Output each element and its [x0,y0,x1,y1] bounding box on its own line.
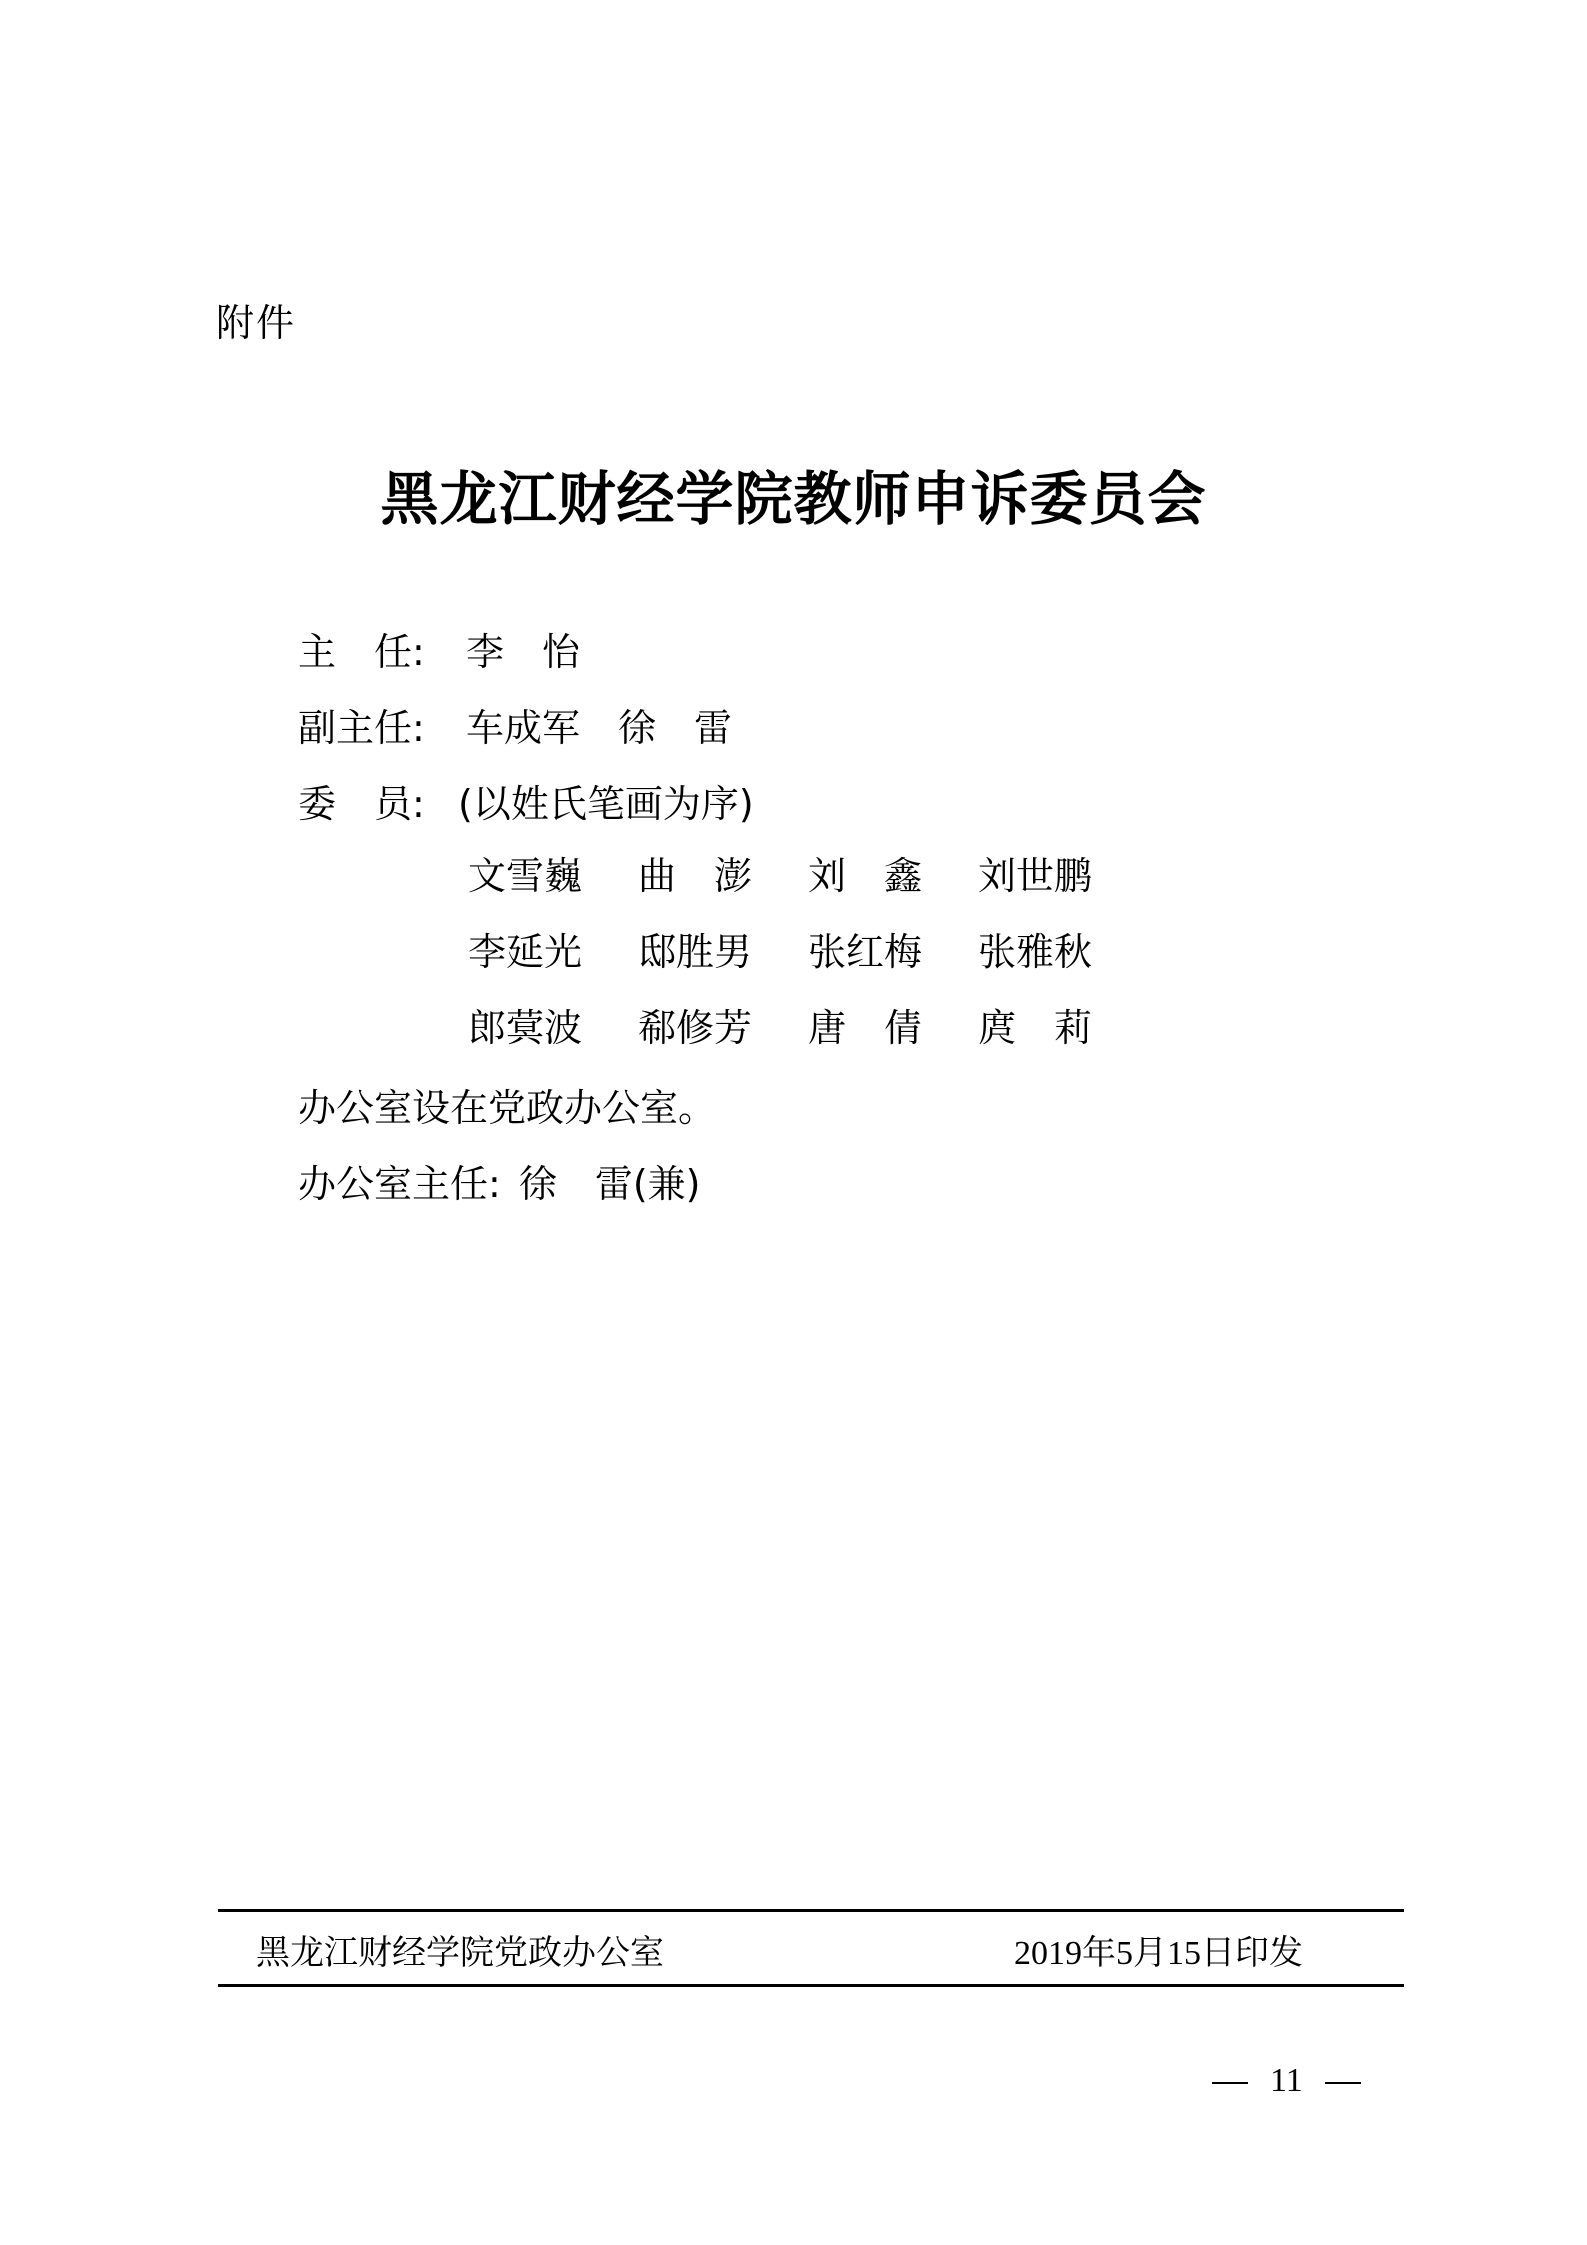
page-dash-left [1212,2082,1248,2084]
director-row: 主 任:李 怡 [298,628,580,676]
document-title: 黑龙江财经学院教师申诉委员会 [0,452,1587,536]
page-dash-right [1325,2082,1361,2084]
director-label: 主 任: [298,628,466,676]
member-name: 邸胜男 [638,928,808,1004]
page-number-value: 11 [1270,2062,1303,2099]
member-name: 唐 倩 [808,1004,978,1080]
member-name: 张雅秋 [978,928,1148,1004]
member-row: 文雪巍 曲 澎 刘 鑫 刘世鹏 [468,852,1148,928]
deputy-director-names: 车成军 徐 雷 [466,704,732,752]
office-director-name: 徐 雷(兼) [519,1160,701,1208]
member-name: 李延光 [468,928,638,1004]
members-label: 委 员: [298,780,458,828]
member-row: 郎蓂波 郗修芳 唐 倩 庹 莉 [468,1004,1148,1080]
member-name: 庹 莉 [978,1004,1148,1080]
member-name: 张红梅 [808,928,978,1004]
attachment-label: 附件 [216,292,296,347]
member-name: 刘世鹏 [978,852,1148,928]
member-row: 李延光 邸胜男 张红梅 张雅秋 [468,928,1148,1004]
members-order-note: (以姓氏笔画为序) [458,780,754,828]
member-name: 郗修芳 [638,1004,808,1080]
deputy-director-label: 副主任: [298,704,466,752]
office-location: 办公室设在党政办公室。 [298,1084,716,1132]
footer-rule-bottom [218,1984,1404,1987]
footer-rule-top [218,1909,1404,1912]
members-list: 文雪巍 曲 澎 刘 鑫 刘世鹏 李延光 邸胜男 张红梅 张雅秋 郎蓂波 郗修芳 … [468,852,1148,1080]
footer-issue-date: 2019年5月15日印发 [1014,1925,1303,1974]
office-director-label: 办公室主任: [298,1160,501,1208]
member-name: 曲 澎 [638,852,808,928]
member-name: 文雪巍 [468,852,638,928]
members-header-row: 委 员:(以姓氏笔画为序) [298,780,754,828]
footer-issuer: 黑龙江财经学院党政办公室 [256,1925,664,1974]
office-director-row: 办公室主任:徐 雷(兼) [298,1160,700,1208]
page-number: 11 [1190,2062,1383,2100]
member-name: 郎蓂波 [468,1004,638,1080]
director-name: 李 怡 [466,628,580,676]
deputy-director-row: 副主任:车成军 徐 雷 [298,704,732,752]
member-name: 刘 鑫 [808,852,978,928]
